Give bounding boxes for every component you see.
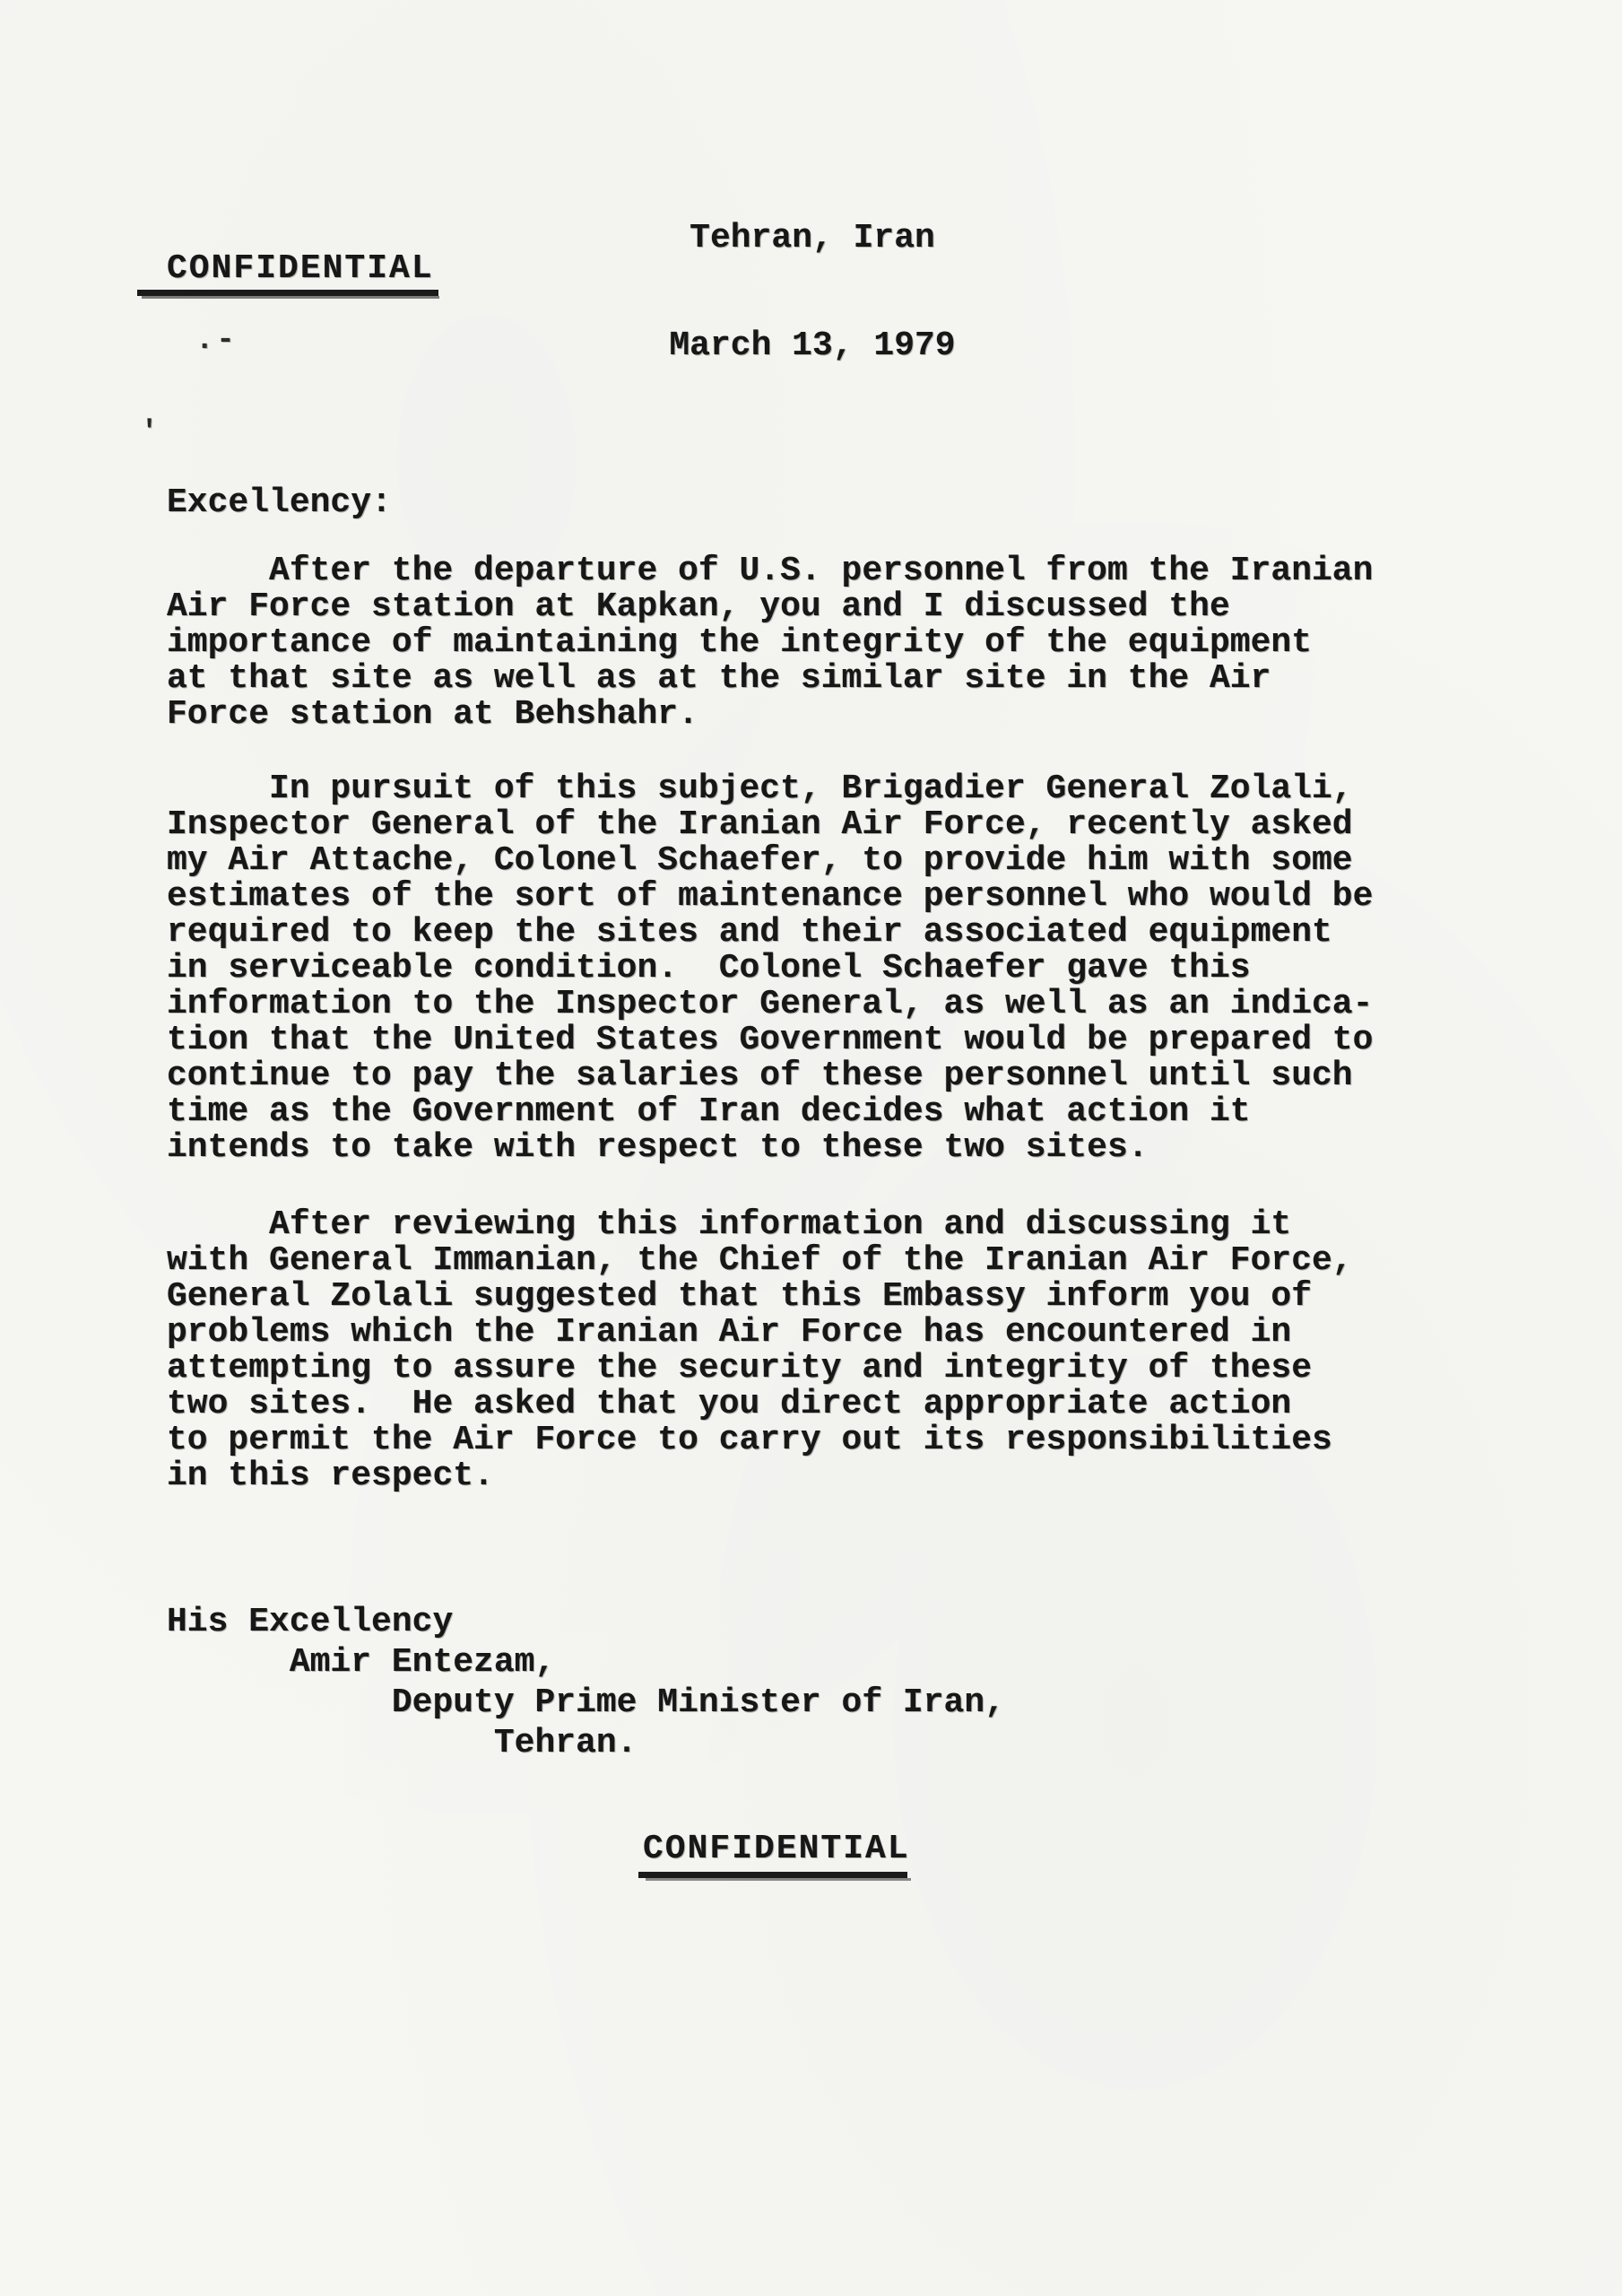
text-line: intends to take with respect to these tw… — [167, 1130, 1373, 1166]
text-line: Inspector General of the Iranian Air For… — [167, 807, 1373, 843]
text-line: importance of maintaining the integrity … — [167, 625, 1373, 661]
body-paragraph-1: After the departure of U.S. personnel fr… — [167, 553, 1373, 733]
text-line: in this respect. — [167, 1458, 1353, 1494]
letter-page: Tehran, Iran March 13, 1979 CONFIDENTIAL… — [0, 0, 1622, 2296]
text-line: Tehran. — [167, 1723, 1005, 1763]
salutation: Excellency: — [167, 485, 392, 521]
body-paragraph-3: After reviewing this information and dis… — [167, 1207, 1353, 1494]
text-line: required to keep the sites and their ass… — [167, 915, 1373, 951]
text-line: estimates of the sort of maintenance per… — [167, 879, 1373, 915]
text-line: After reviewing this information and dis… — [167, 1207, 1353, 1243]
text-line: at that site as well as at the similar s… — [167, 661, 1373, 697]
text-line: Amir Entezam, — [167, 1642, 1005, 1683]
classification-bottom-underline — [638, 1872, 907, 1878]
scan-speck: ' — [141, 414, 158, 450]
text-line: His Excellency — [167, 1602, 1005, 1642]
text-line: with General Immanian, the Chief of the … — [167, 1243, 1353, 1279]
text-line: in serviceable condition. Colonel Schaef… — [167, 951, 1373, 987]
classification-top-underline — [137, 290, 438, 296]
text-line: to permit the Air Force to carry out its… — [167, 1422, 1353, 1458]
text-line: In pursuit of this subject, Brigadier Ge… — [167, 771, 1373, 807]
text-line: my Air Attache, Colonel Schaefer, to pro… — [167, 843, 1373, 879]
text-line: After the departure of U.S. personnel fr… — [167, 553, 1373, 589]
dateline: Tehran, Iran March 13, 1979 — [538, 149, 1087, 436]
dateline-date: March 13, 1979 — [538, 328, 1087, 364]
text-line: time as the Government of Iran decides w… — [167, 1094, 1373, 1130]
text-line: two sites. He asked that you direct appr… — [167, 1387, 1353, 1422]
text-line: attempting to assure the security and in… — [167, 1351, 1353, 1387]
text-line: Deputy Prime Minister of Iran, — [167, 1683, 1005, 1723]
dateline-location: Tehran, Iran — [538, 221, 1087, 257]
text-line: Force station at Behshahr. — [167, 697, 1373, 733]
recipient-address-block: His Excellency Amir Entezam, Deputy Prim… — [167, 1602, 1005, 1763]
text-line: Air Force station at Kapkan, you and I d… — [167, 589, 1373, 625]
text-line: tion that the United States Government w… — [167, 1022, 1373, 1058]
text-line: General Zolali suggested that this Embas… — [167, 1279, 1353, 1315]
body-paragraph-2: In pursuit of this subject, Brigadier Ge… — [167, 771, 1373, 1166]
text-line: continue to pay the salaries of these pe… — [167, 1058, 1373, 1094]
scan-speck: .- — [195, 323, 238, 359]
classification-top: CONFIDENTIAL — [167, 251, 434, 287]
classification-bottom: CONFIDENTIAL — [643, 1831, 910, 1867]
text-line: problems which the Iranian Air Force has… — [167, 1315, 1353, 1351]
text-line: information to the Inspector General, as… — [167, 987, 1373, 1022]
